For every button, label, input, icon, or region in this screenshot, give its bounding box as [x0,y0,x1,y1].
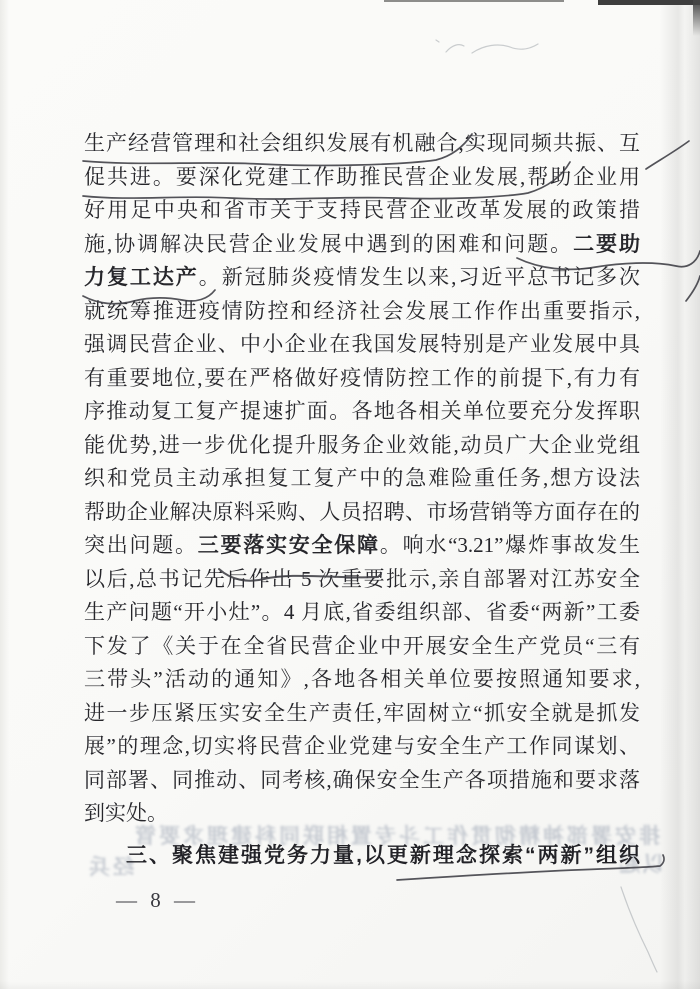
text-line: 到实处。 [84,797,640,831]
text-line: 有重要地位,要在严格做好疫情防控工作的前提下,有力有 [84,362,640,396]
bold-emphasis: 二要助 [573,233,640,256]
scanned-document-page: { "doc": { "lines": [ ["生产经营管理和社会组织发展有机融… [0,0,700,989]
bold-emphasis: 三要落实安全保障 [198,534,380,557]
text-line: 帮助企业解决原料采购、人员招聘、市场营销等方面存在的 [84,496,640,530]
text-line: 同部署、同推动、同考核,确保安全生产各项措施和要求落 [84,764,640,798]
scan-edge-bottom [0,981,700,989]
text-line: 好用足中央和省市关于支持民营企业改革发展的政策措 [84,194,640,228]
text-line: 强调民营企业、中小企业在我国发展特别是产业发展中具 [84,328,640,362]
text-segment: 突出问题。 [84,533,198,557]
pencil-mark [436,40,439,42]
document-body: 生产经营管理和社会组织发展有机融合,实现同频共振、互 促共进。要深化党建工作助推… [84,127,640,831]
text-line: 力复工达产。新冠肺炎疫情发生以来,习近平总书记多次 [84,261,640,295]
scan-edge-top-line [384,0,564,2]
text-line: 突出问题。三要落实安全保障。响水“3.21”爆炸事故发生 [84,529,640,563]
text-line: 展”的理念,切实将民营企业党建与安全生产工作同谋划、 [84,730,640,764]
page-number: — 8 — [116,888,199,913]
scan-edge-left [0,0,9,989]
text-line: 以后,总书记先后作出 5 次重要批示,亲自部署对江苏安全 [84,563,640,597]
text-line: 促共进。要深化党建工作助推民营企业发展,帮助企业用 [84,161,640,195]
scan-edge-top-right-line [598,0,700,5]
bold-emphasis: 力复工达产 [84,266,199,289]
pencil-mark [446,45,464,52]
text-line: 生产经营管理和社会组织发展有机融合,实现同频共振、互 [84,127,640,161]
paper-page: 排安署部神精彻贯作工斗专置相联同科建理求要管 经兵 以起 生产经营管理和社会组织… [0,0,700,989]
text-segment: 施,协调解决民营企业发展中遇到的困难和问题。 [84,232,573,256]
pencil-mark [472,44,538,53]
text-line: 能优势,进一步优化提升服务企业效能,动员广大企业党组 [84,429,640,463]
text-line: 进一步压紧压实安全生产责任,牢固树立“抓安全就是抓发 [84,697,640,731]
scan-edge-right-page-curl [660,0,700,989]
text-line: 就统筹推进疫情防控和经济社会发展工作作出重要指示, [84,295,640,329]
pencil-mark [621,887,657,972]
text-line: 下发了《关于在全省民营企业中开展安全生产党员“三有 [84,630,640,664]
text-line: 织和党员主动承担复工复产中的急难险重任务,想方设法 [84,462,640,496]
section-heading: 三、聚焦建强党务力量,以更新理念探索“两新”组织 [84,838,640,874]
scan-corner-shadow [693,0,700,36]
text-line: 序推动复工复产提速扩面。各地各相关单位要充分发挥职 [84,395,640,429]
text-segment: 。新冠肺炎疫情发生以来,习近平总书记多次 [199,265,640,289]
text-line: 三带头”活动的通知》,各地各相关单位要按照通知要求, [84,663,640,697]
text-segment: 。响水“3.21”爆炸事故发生 [380,533,640,557]
text-line: 施,协调解决民营企业发展中遇到的困难和问题。二要助 [84,228,640,262]
text-line: 生产问题“开小灶”。4 月底,省委组织部、省委“两新”工委 [84,596,640,630]
